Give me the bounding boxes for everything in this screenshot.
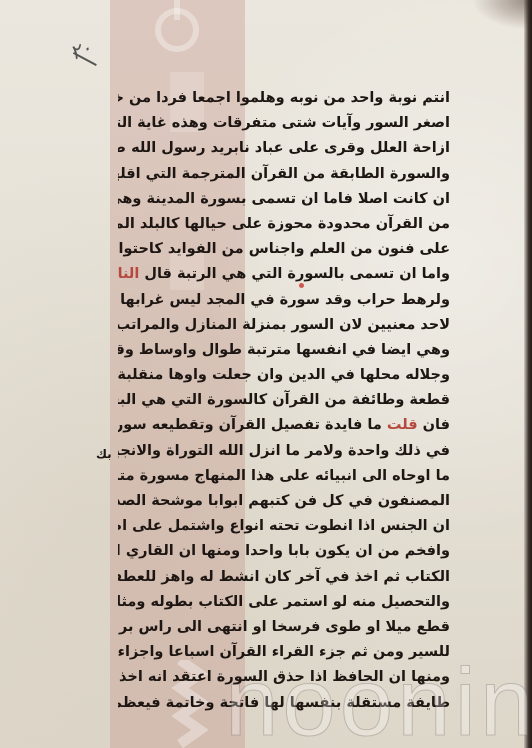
text-line: قطع ميلا او طوى فرسخا او انتهى الى راس ب… [118,615,450,640]
text-line: قطعة وطائفة من القرآن كالسورة التي هي ال… [118,388,450,413]
rubric-word: النابغة [118,266,139,282]
text-line: في ذلك واحدة ولامر ما انزل الله التوراة … [118,439,450,464]
text-line: وهي ايضا في انفسها مترتبة طوال واوساط وق… [118,338,450,363]
text-line: لاحد معنيين لان السور بمنزلة المنازل وال… [118,313,450,338]
text-line: اصغر السور وآيات شتى متفرقات وهذه غاية ا… [118,111,450,136]
text-line: والسورة الطابقة من القرآن المترجمة التي … [118,162,450,187]
page-corner-shadow [472,0,532,30]
text-line: من القرآن محدودة محوزة على حيالها كالبلد… [118,212,450,237]
text-line: ان الجنس اذا انطوت تحته انواع واشتمل على… [118,514,450,539]
manuscript-text: انتم نوبة واحد من نوبه وهلموا اجمعا فردا… [118,86,450,716]
manuscript-page: ٢٠ انتم نوبة واحد من نوبه وهلموا اجمعا ف… [0,0,532,748]
text-line: والتحصيل منه لو استمر على الكتاب بطوله و… [118,590,450,615]
text-line-with-rubric: واما ان تسمى بالسورة التي هي الرتبة قال … [118,262,450,287]
page-binding-edge [524,0,532,748]
text-line: وجلاله محلها في الدين وان جعلت واوها منق… [118,363,450,388]
text-line: وافخم من ان يكون بابا واحدا ومنها ان الق… [118,539,450,564]
margin-catchword: بك [96,447,112,461]
poetry-verse: ولرهط حراب وقد سورة في المجد ليس غرابها … [118,288,450,313]
text-line: على فنون من العلم واجناس من الفوايد كاحت… [118,237,450,262]
text-line: ان كانت اصلا فاما ان تسمى بسورة المدينة … [118,187,450,212]
text-line: المصنفون في كل فن كتبهم ابوابا موشحة الص… [118,489,450,514]
watermark-logo-icon [155,8,199,52]
verse-divider-dot [299,283,304,288]
rubric-word: قلت [387,417,418,433]
text-line: الكتاب ثم اخذ في آخر كان انشط له واهز لل… [118,565,450,590]
watermark-text: noonin [225,655,532,748]
text-line: واما ان تسمى بالسورة التي هي الرتبة قال … [118,266,450,282]
text-line-with-rubric: فان قلت ما فايدة تفصيل القرآن وتقطيعه سو… [118,413,450,438]
text-line: ازاحة العلل وقرى على عباد نابريد رسول ال… [118,136,450,161]
text-line: ما اوحاه الى انبيائه على هذا المنهاج مسو… [118,464,450,489]
text-line: انتم نوبة واحد من نوبه وهلموا اجمعا فردا… [118,86,450,111]
